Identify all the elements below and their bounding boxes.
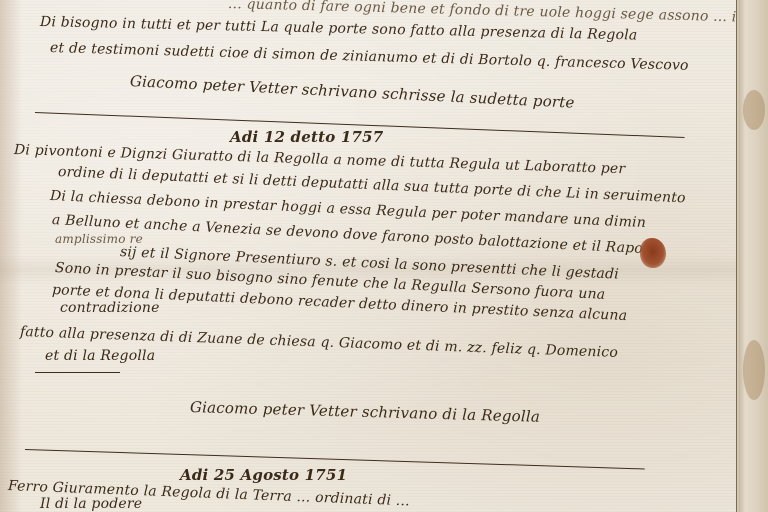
entry3-line-2: Il di la podere <box>40 496 142 512</box>
short-rule <box>35 372 120 373</box>
book-binding-edge <box>736 0 768 512</box>
entry2-date: Adi 12 detto 1757 <box>230 128 383 146</box>
binding-stain <box>743 340 765 400</box>
ink-stain <box>640 238 666 268</box>
entry1-signature: Giacomo peter Vetter schrivano schrisse … <box>130 72 575 112</box>
entry2-line-11: et di la Regolla <box>45 348 155 364</box>
entry2-line-9: contradizione <box>60 300 160 316</box>
entry3-date: Adi 25 Agosto 1751 <box>180 466 347 484</box>
entry1-line-3: et de testimoni sudetti cioe di simon de… <box>50 40 689 74</box>
binding-stain <box>743 90 765 130</box>
manuscript-page: ... quanto di fare ogni bene et fondo di… <box>0 0 768 512</box>
entry2-signature: Giacomo peter Vetter schrivano di la Reg… <box>190 398 540 426</box>
